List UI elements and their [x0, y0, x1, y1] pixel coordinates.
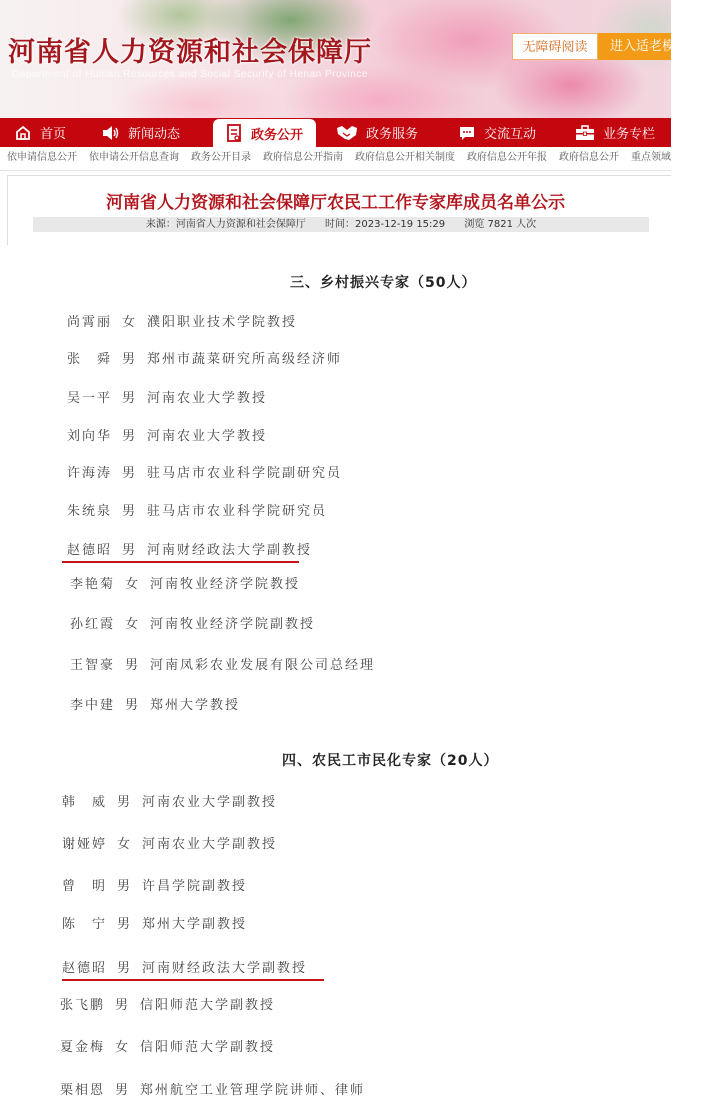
- subnav-link[interactable]: 政府信息公开年报: [467, 148, 547, 168]
- list-item: 孙红霞女河南牧业经济学院副教授: [70, 613, 315, 632]
- site-subtitle: Department of Human Resources and Social…: [12, 69, 368, 80]
- subnav-link[interactable]: 政府信息公开指南: [263, 148, 343, 168]
- list-item: 曾 明男许昌学院副教授: [62, 875, 247, 894]
- list-item: 张 舜男郑州市蔬菜研究所高级经济师: [67, 348, 342, 367]
- subnav-link[interactable]: 政务公开目录: [191, 148, 251, 168]
- list-item: 许海涛男驻马店市农业科学院副研究员: [67, 462, 342, 481]
- list-item: 韩 威男河南农业大学副教授: [62, 791, 277, 810]
- home-icon: [14, 124, 32, 142]
- list-item: 朱统泉男驻马店市农业科学院研究员: [67, 500, 327, 519]
- subnav-link[interactable]: 依申请公开信息查询: [89, 148, 179, 168]
- chat-icon: [458, 124, 476, 142]
- article-meta: 来源：河南省人力资源和社会保障厅 时间：2023-12-19 15:29 浏览 …: [33, 217, 649, 232]
- handshake-icon: [336, 124, 358, 142]
- nav-item-label: 交流互动: [484, 123, 536, 142]
- list-item: 李艳菊女河南牧业经济学院教授: [70, 573, 300, 592]
- nav-item-label: 新闻动态: [128, 123, 180, 142]
- list-item: 栗相恩男郑州航空工业管理学院讲师、律师: [60, 1079, 365, 1098]
- list-item: 尚霄丽女濮阳职业技术学院教授: [67, 311, 297, 330]
- site-title: 河南省人力资源和社会保障厅: [8, 30, 372, 69]
- header-banner: 河南省人力资源和社会保障厅 Department of Human Resour…: [0, 0, 671, 118]
- section-title: 四、农民工市民化专家（20人）: [282, 750, 498, 770]
- article-source: 来源：河南省人力资源和社会保障厅: [146, 219, 306, 230]
- main-nav: 首页 新闻动态 政务公开 政务服务 交流互动 业务专栏: [0, 118, 671, 147]
- list-item: 陈 宁男郑州大学副教授: [62, 913, 247, 932]
- nav-item-news[interactable]: 新闻动态: [102, 118, 180, 147]
- document-icon: [225, 124, 243, 142]
- subnav-link[interactable]: 政府信息公开: [559, 148, 619, 168]
- list-item-highlighted: 赵德昭男河南财经政法大学副教授: [67, 539, 312, 558]
- nav-item-interaction[interactable]: 交流互动: [458, 118, 536, 147]
- nav-item-label: 政务服务: [366, 123, 418, 142]
- list-item: 王智豪男河南凤彩农业发展有限公司总经理: [70, 654, 375, 673]
- nav-item-label: 首页: [40, 123, 66, 142]
- accessible-reading-button[interactable]: 无障碍阅读: [512, 33, 598, 60]
- section-title: 三、乡村振兴专家（50人）: [290, 272, 476, 292]
- divider: [0, 170, 671, 171]
- speaker-icon: [102, 124, 120, 142]
- subnav-link[interactable]: 政府信息公开相关制度: [355, 148, 455, 168]
- nav-item-home[interactable]: 首页: [14, 118, 66, 147]
- highlight-underline: [62, 561, 299, 563]
- subnav-link[interactable]: 重点领域政府信息公开: [631, 148, 671, 168]
- nav-item-label: 政务公开: [251, 124, 303, 143]
- list-item-highlighted: 赵德昭男河南财经政法大学副教授: [62, 957, 307, 976]
- list-item: 夏金梅女信阳师范大学副教授: [60, 1036, 275, 1055]
- article-time: 时间：2023-12-19 15:29: [325, 219, 445, 230]
- list-item: 张飞鹏男信阳师范大学副教授: [60, 994, 275, 1013]
- briefcase-icon: [575, 124, 595, 142]
- list-item: 吴一平男河南农业大学教授: [67, 387, 267, 406]
- nav-item-label: 业务专栏: [603, 123, 655, 142]
- list-item: 刘向华男河南农业大学教授: [67, 425, 267, 444]
- elderly-mode-button[interactable]: 进入适老模式: [598, 33, 671, 60]
- article-views: 浏览 7821 人次: [464, 219, 536, 230]
- list-item: 谢娅婷女河南农业大学副教授: [62, 833, 277, 852]
- nav-item-gov-affairs-open[interactable]: 政务公开: [213, 119, 316, 147]
- highlight-underline: [62, 979, 324, 981]
- nav-item-gov-services[interactable]: 政务服务: [336, 118, 418, 147]
- nav-item-business-column[interactable]: 业务专栏: [575, 118, 655, 147]
- subnav-link[interactable]: 依申请信息公开: [7, 148, 77, 168]
- sub-nav: 依申请信息公开 依申请公开信息查询 政务公开目录 政府信息公开指南 政府信息公开…: [0, 148, 671, 168]
- article-title: 河南省人力资源和社会保障厅农民工工作专家库成员名单公示: [0, 188, 671, 213]
- list-item: 李中建男郑州大学教授: [70, 694, 240, 713]
